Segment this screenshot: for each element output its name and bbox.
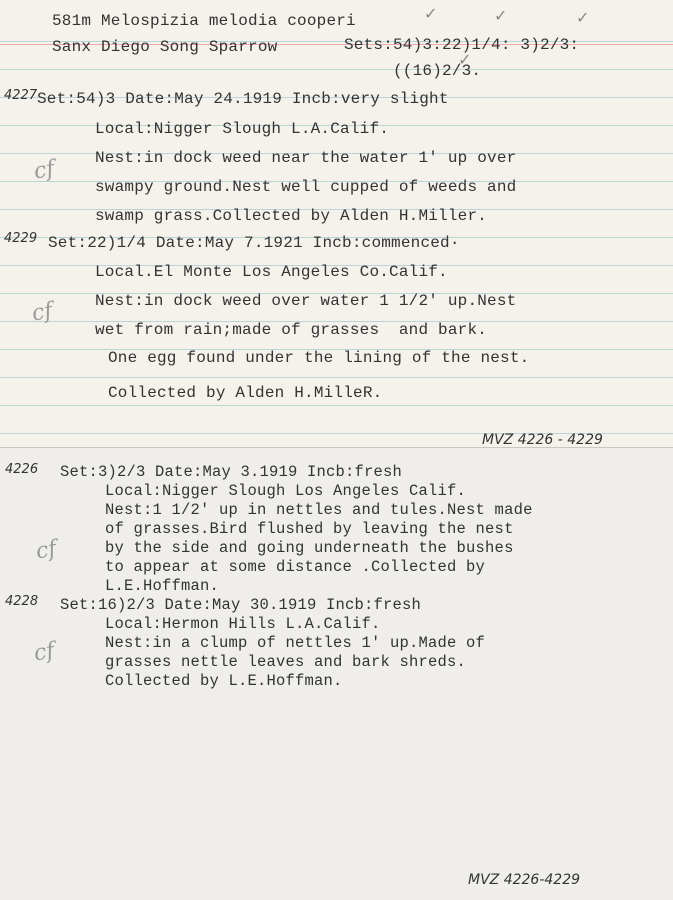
entry-line: swamp grass.Collected by Alden H.Miller. — [95, 207, 487, 225]
entry-line: Nest:in a clump of nettles 1' up.Made of — [105, 634, 485, 652]
museum-catalog-label: MVZ 4226-4229 — [468, 872, 580, 888]
entry-line: One egg found under the lining of the ne… — [108, 349, 529, 367]
entry-line: Collected by Alden H.MilleR. — [108, 384, 382, 402]
entry-line: wet from rain;made of grasses and bark. — [95, 321, 487, 339]
entry-line: Set:3)2/3 Date:May 3.1919 Incb:fresh — [60, 463, 402, 481]
checkmark-icon: ✓ — [576, 8, 589, 27]
entry-line: of grasses.Bird flushed by leaving the n… — [105, 520, 514, 538]
checkmark-icon: ✓ — [424, 4, 437, 23]
entry-line: L.E.Hoffman. — [105, 577, 219, 595]
museum-catalog-label: MVZ 4226 - 4229 — [482, 432, 603, 448]
species-header: 581m Melospizia melodia cooperi — [52, 12, 356, 30]
catalog-number: 4228 — [5, 594, 38, 609]
catalog-number: 4227 — [4, 88, 37, 103]
entry-line: Set:16)2/3 Date:May 30.1919 Incb:fresh — [60, 596, 421, 614]
entry-line: Nest:1 1/2' up in nettles and tules.Nest… — [105, 501, 533, 519]
checkmark-icon: ✓ — [458, 50, 471, 69]
cf-margin-mark: cf — [30, 298, 54, 326]
entry-line: Nest:in dock weed over water 1 1/2' up.N… — [95, 292, 516, 310]
entry-line: Local:Nigger Slough Los Angeles Calif. — [105, 482, 466, 500]
entry-line: Collected by L.E.Hoffman. — [105, 672, 343, 690]
entry-line: grasses nettle leaves and bark shreds. — [105, 653, 466, 671]
entry-line: Local:Hermon Hills L.A.Calif. — [105, 615, 381, 633]
cf-margin-mark: cf — [34, 536, 58, 564]
entry-line: swampy ground.Nest well cupped of weeds … — [95, 178, 516, 196]
catalog-number: 4226 — [5, 462, 38, 477]
entry-line: to appear at some distance .Collected by — [105, 558, 485, 576]
entry-line: Nest:in dock weed near the water 1' up o… — [95, 149, 516, 167]
entry-line: by the side and going underneath the bus… — [105, 539, 514, 557]
catalog-number: 4229 — [4, 231, 37, 246]
index-card-bottom: 4226 Set:3)2/3 Date:May 3.1919 Incb:fres… — [0, 447, 673, 900]
checkmark-icon: ✓ — [494, 6, 507, 25]
common-name: Sanx Diego Song Sparrow — [52, 38, 277, 56]
entry-line: Local.El Monte Los Angeles Co.Calif. — [95, 263, 448, 281]
cf-margin-mark: cf — [32, 638, 56, 666]
entry-line: Set:54)3 Date:May 24.1919 Incb:very slig… — [37, 90, 449, 108]
cf-margin-mark: cf — [32, 156, 56, 184]
index-card-top: 581m Melospizia melodia cooperi Sanx Die… — [0, 0, 673, 447]
entry-line: Local:Nigger Slough L.A.Calif. — [95, 120, 389, 138]
entry-line: Set:22)1/4 Date:May 7.1921 Incb:commence… — [48, 234, 460, 252]
